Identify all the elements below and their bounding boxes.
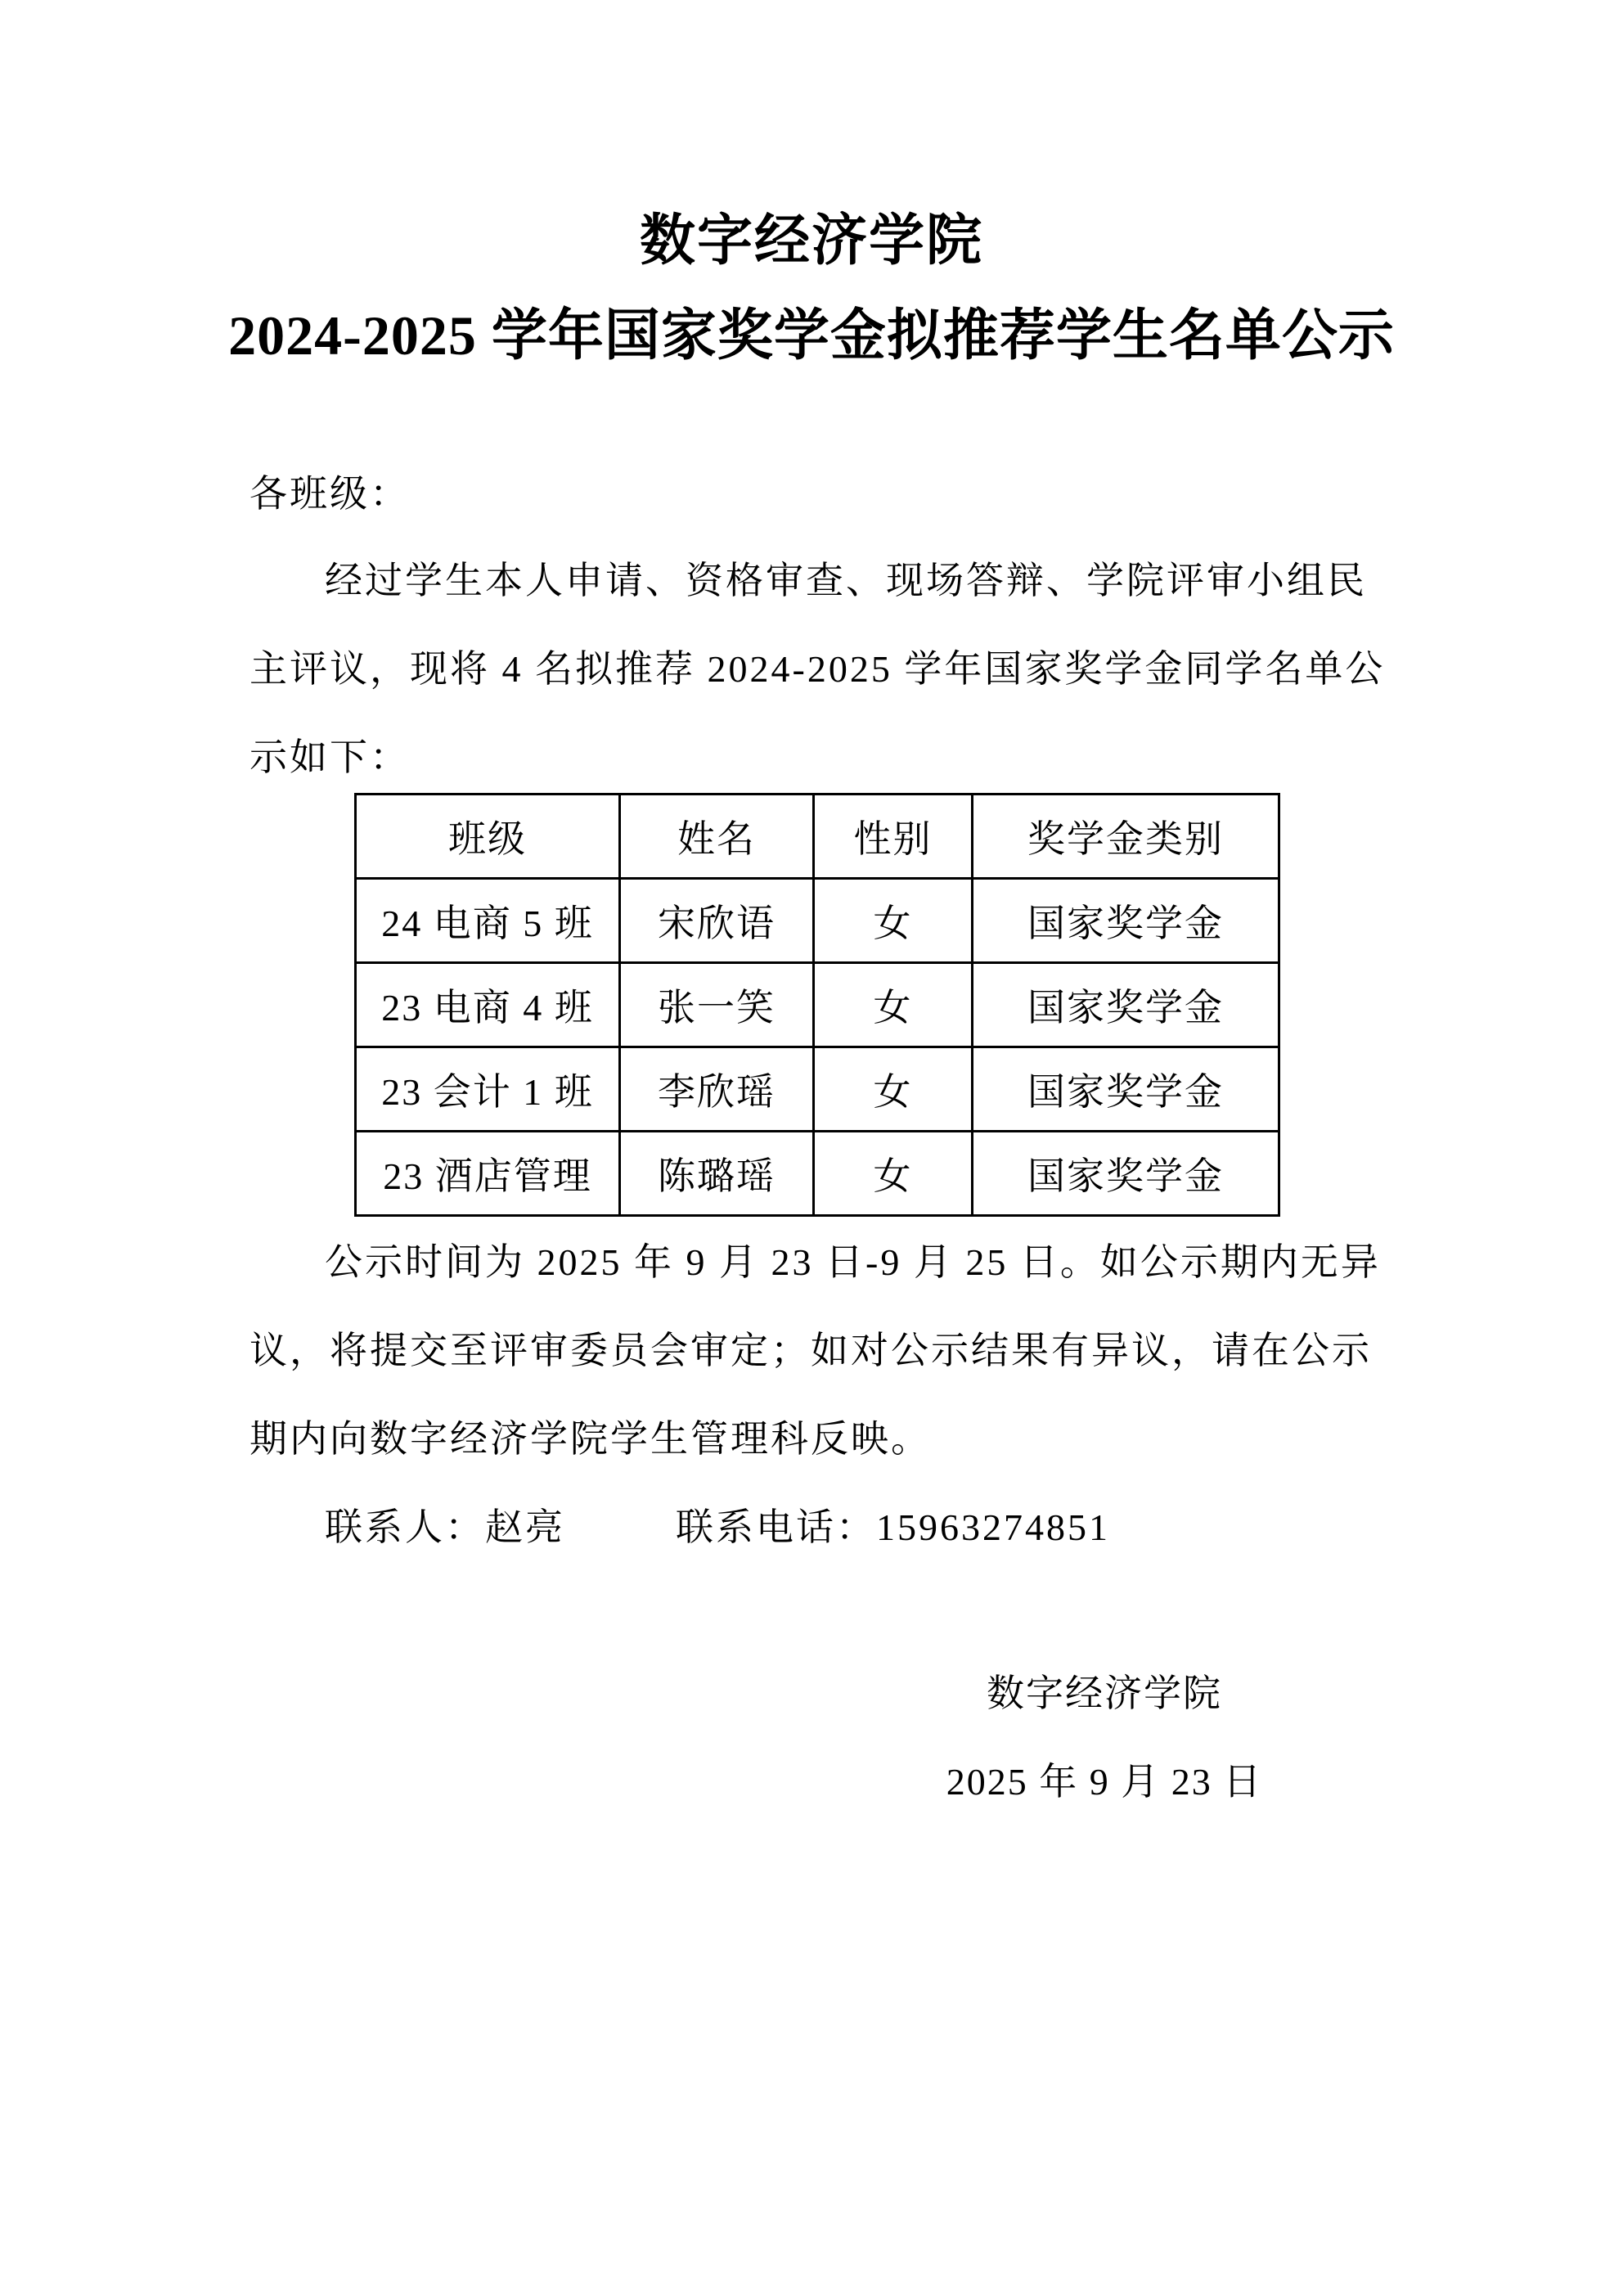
column-header-sex: 性别 xyxy=(814,795,973,879)
cell-class: 23 会计 1 班 xyxy=(356,1047,620,1132)
intro-paragraph-line-3: 示如下： xyxy=(250,714,1403,802)
cell-class: 23 电商 4 班 xyxy=(356,963,620,1047)
table-header-row: 班级 姓名 性别 奖学金类别 xyxy=(356,795,1279,879)
table-row: 23 会计 1 班 李欣瑶 女 国家奖学金 xyxy=(356,1047,1279,1132)
cell-sex: 女 xyxy=(814,963,973,1047)
table-row: 24 电商 5 班 宋欣语 女 国家奖学金 xyxy=(356,879,1279,963)
contact-phone-number: 15963274851 xyxy=(876,1506,1110,1548)
notice-paragraph-line-3: 期内向数字经济学院学生管理科反映。 xyxy=(250,1395,1403,1483)
intro-paragraph-line-2: 主评议，现将 4 名拟推荐 2024-2025 学年国家奖学金同学名单公 xyxy=(250,625,1403,714)
cell-sex: 女 xyxy=(814,1047,973,1132)
document-page: 数字经济学院 2024-2025 学年国家奖学金拟推荐学生名单公示 各班级： 经… xyxy=(0,0,1623,2296)
contact-person-label: 联系人： xyxy=(325,1506,485,1548)
intro-paragraph-line-1: 经过学生本人申请、资格审查、现场答辩、学院评审小组民 xyxy=(250,537,1403,625)
signature-org: 数字经济学院 xyxy=(818,1650,1391,1738)
contact-line: 联系人：赵亮联系电话：15963274851 xyxy=(250,1483,1403,1572)
notice-paragraph-line-2: 议，将提交至评审委员会审定；如对公示结果有异议，请在公示 xyxy=(250,1307,1403,1395)
column-header-award-type: 奖学金类别 xyxy=(973,795,1279,879)
intro-paragraph: 经过学生本人申请、资格审查、现场答辩、学院评审小组民 主评议，现将 4 名拟推荐… xyxy=(250,537,1403,802)
cell-award-type: 国家奖学金 xyxy=(973,1047,1279,1132)
document-subtitle: 2024-2025 学年国家奖学金拟推荐学生名单公示 xyxy=(0,291,1623,371)
cell-award-type: 国家奖学金 xyxy=(973,963,1279,1047)
cell-name: 宋欣语 xyxy=(620,879,814,963)
table-row: 23 酒店管理 陈璐瑶 女 国家奖学金 xyxy=(356,1132,1279,1216)
cell-award-type: 国家奖学金 xyxy=(973,1132,1279,1216)
cell-name: 张一笑 xyxy=(620,963,814,1047)
document-title: 数字经济学院 xyxy=(0,196,1623,276)
column-header-name: 姓名 xyxy=(620,795,814,879)
notice-paragraph: 公示时间为 2025 年 9 月 23 日-9 月 25 日。如公示期内无异 议… xyxy=(250,1218,1403,1483)
cell-class: 24 电商 5 班 xyxy=(356,879,620,963)
cell-award-type: 国家奖学金 xyxy=(973,879,1279,963)
cell-name: 陈璐瑶 xyxy=(620,1132,814,1216)
column-header-class: 班级 xyxy=(356,795,620,879)
salutation: 各班级： xyxy=(250,450,410,538)
notice-paragraph-line-1: 公示时间为 2025 年 9 月 23 日-9 月 25 日。如公示期内无异 xyxy=(250,1218,1403,1307)
signature-block: 数字经济学院 2025 年 9 月 23 日 xyxy=(818,1650,1391,1826)
scholarship-table: 班级 姓名 性别 奖学金类别 24 电商 5 班 宋欣语 女 国家奖学金 23 … xyxy=(354,793,1280,1217)
contact-phone-label: 联系电话： xyxy=(676,1506,876,1548)
contact-person-name: 赵亮 xyxy=(485,1506,565,1548)
signature-date: 2025 年 9 月 23 日 xyxy=(818,1738,1391,1826)
cell-class: 23 酒店管理 xyxy=(356,1132,620,1216)
cell-name: 李欣瑶 xyxy=(620,1047,814,1132)
table-row: 23 电商 4 班 张一笑 女 国家奖学金 xyxy=(356,963,1279,1047)
cell-sex: 女 xyxy=(814,1132,973,1216)
cell-sex: 女 xyxy=(814,879,973,963)
